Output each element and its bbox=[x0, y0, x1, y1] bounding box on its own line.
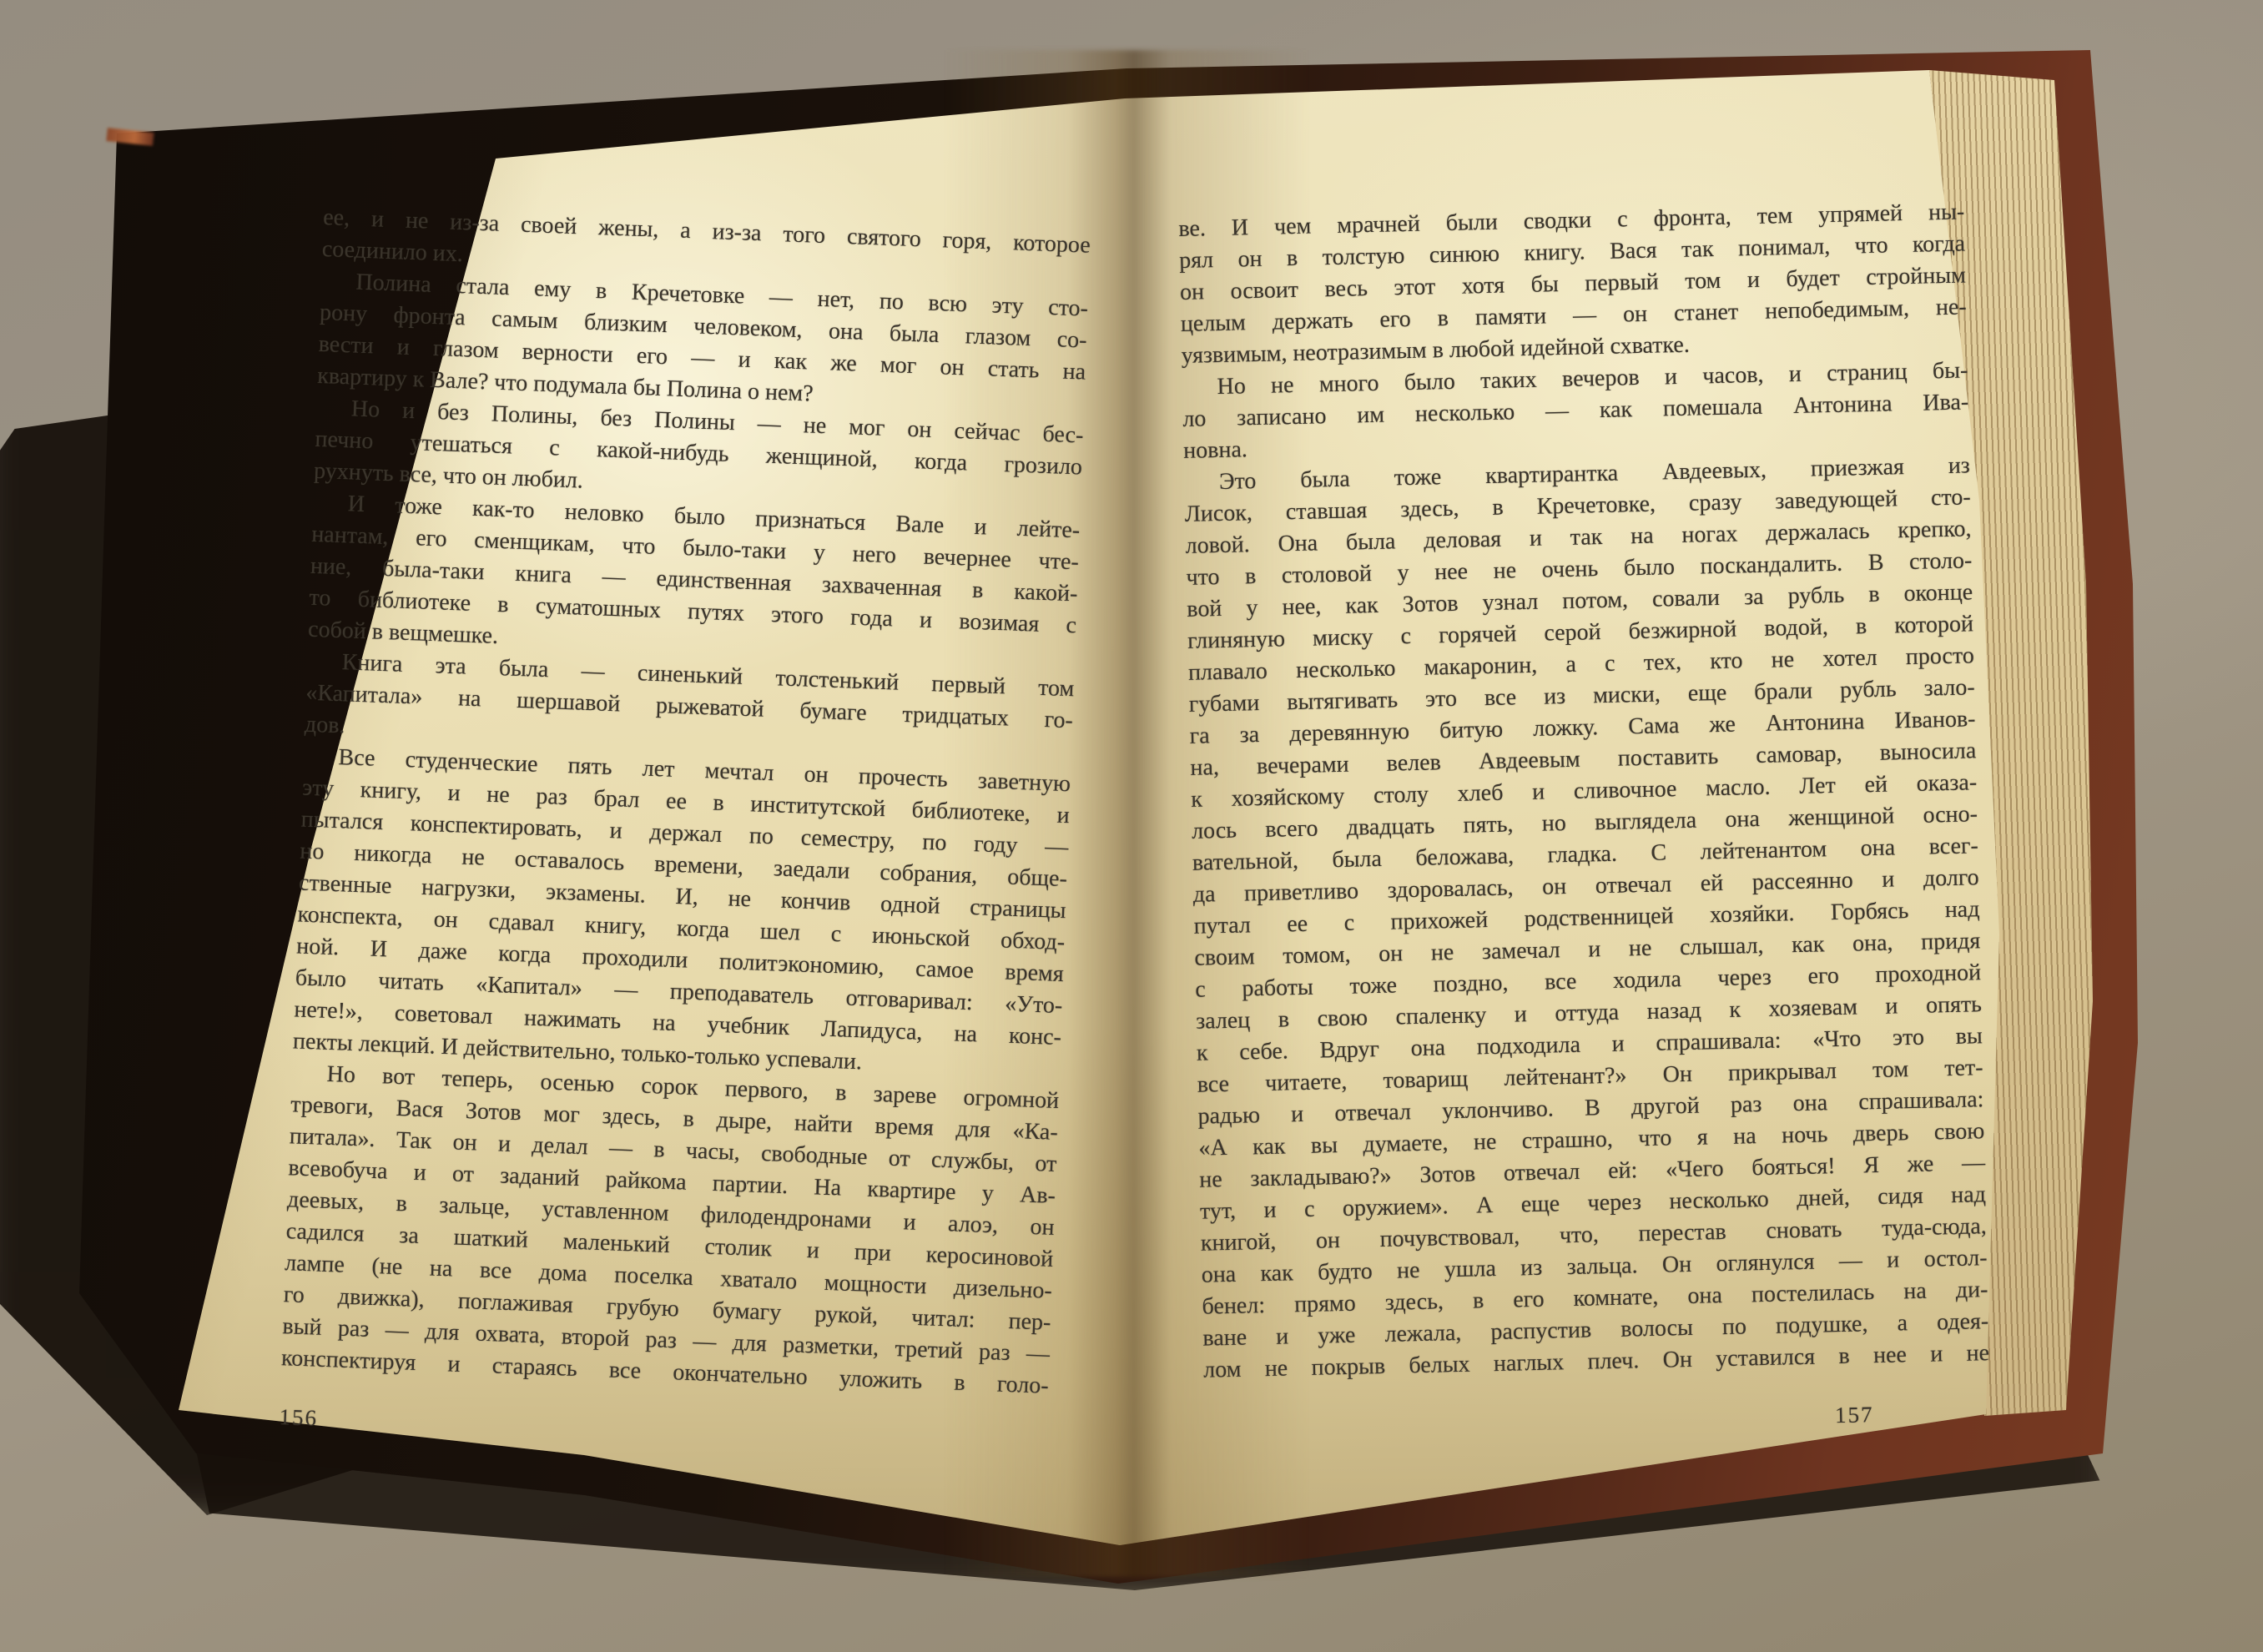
right-page-lines: ве. И чем мрачней были сводки с фронта, … bbox=[1178, 196, 1989, 1386]
cover-corner-highlight bbox=[106, 128, 154, 146]
photo-of-open-book: ее, и не из-за своей жены, а из-за того … bbox=[0, 0, 2263, 1652]
left-page-text: ее, и не из-за своей жены, а из-за того … bbox=[279, 202, 1091, 1461]
right-page-text: ве. И чем мрачней были сводки с фронта, … bbox=[1178, 196, 1991, 1444]
left-page-lines: ее, и не из-за своей жены, а из-за того … bbox=[280, 202, 1091, 1403]
